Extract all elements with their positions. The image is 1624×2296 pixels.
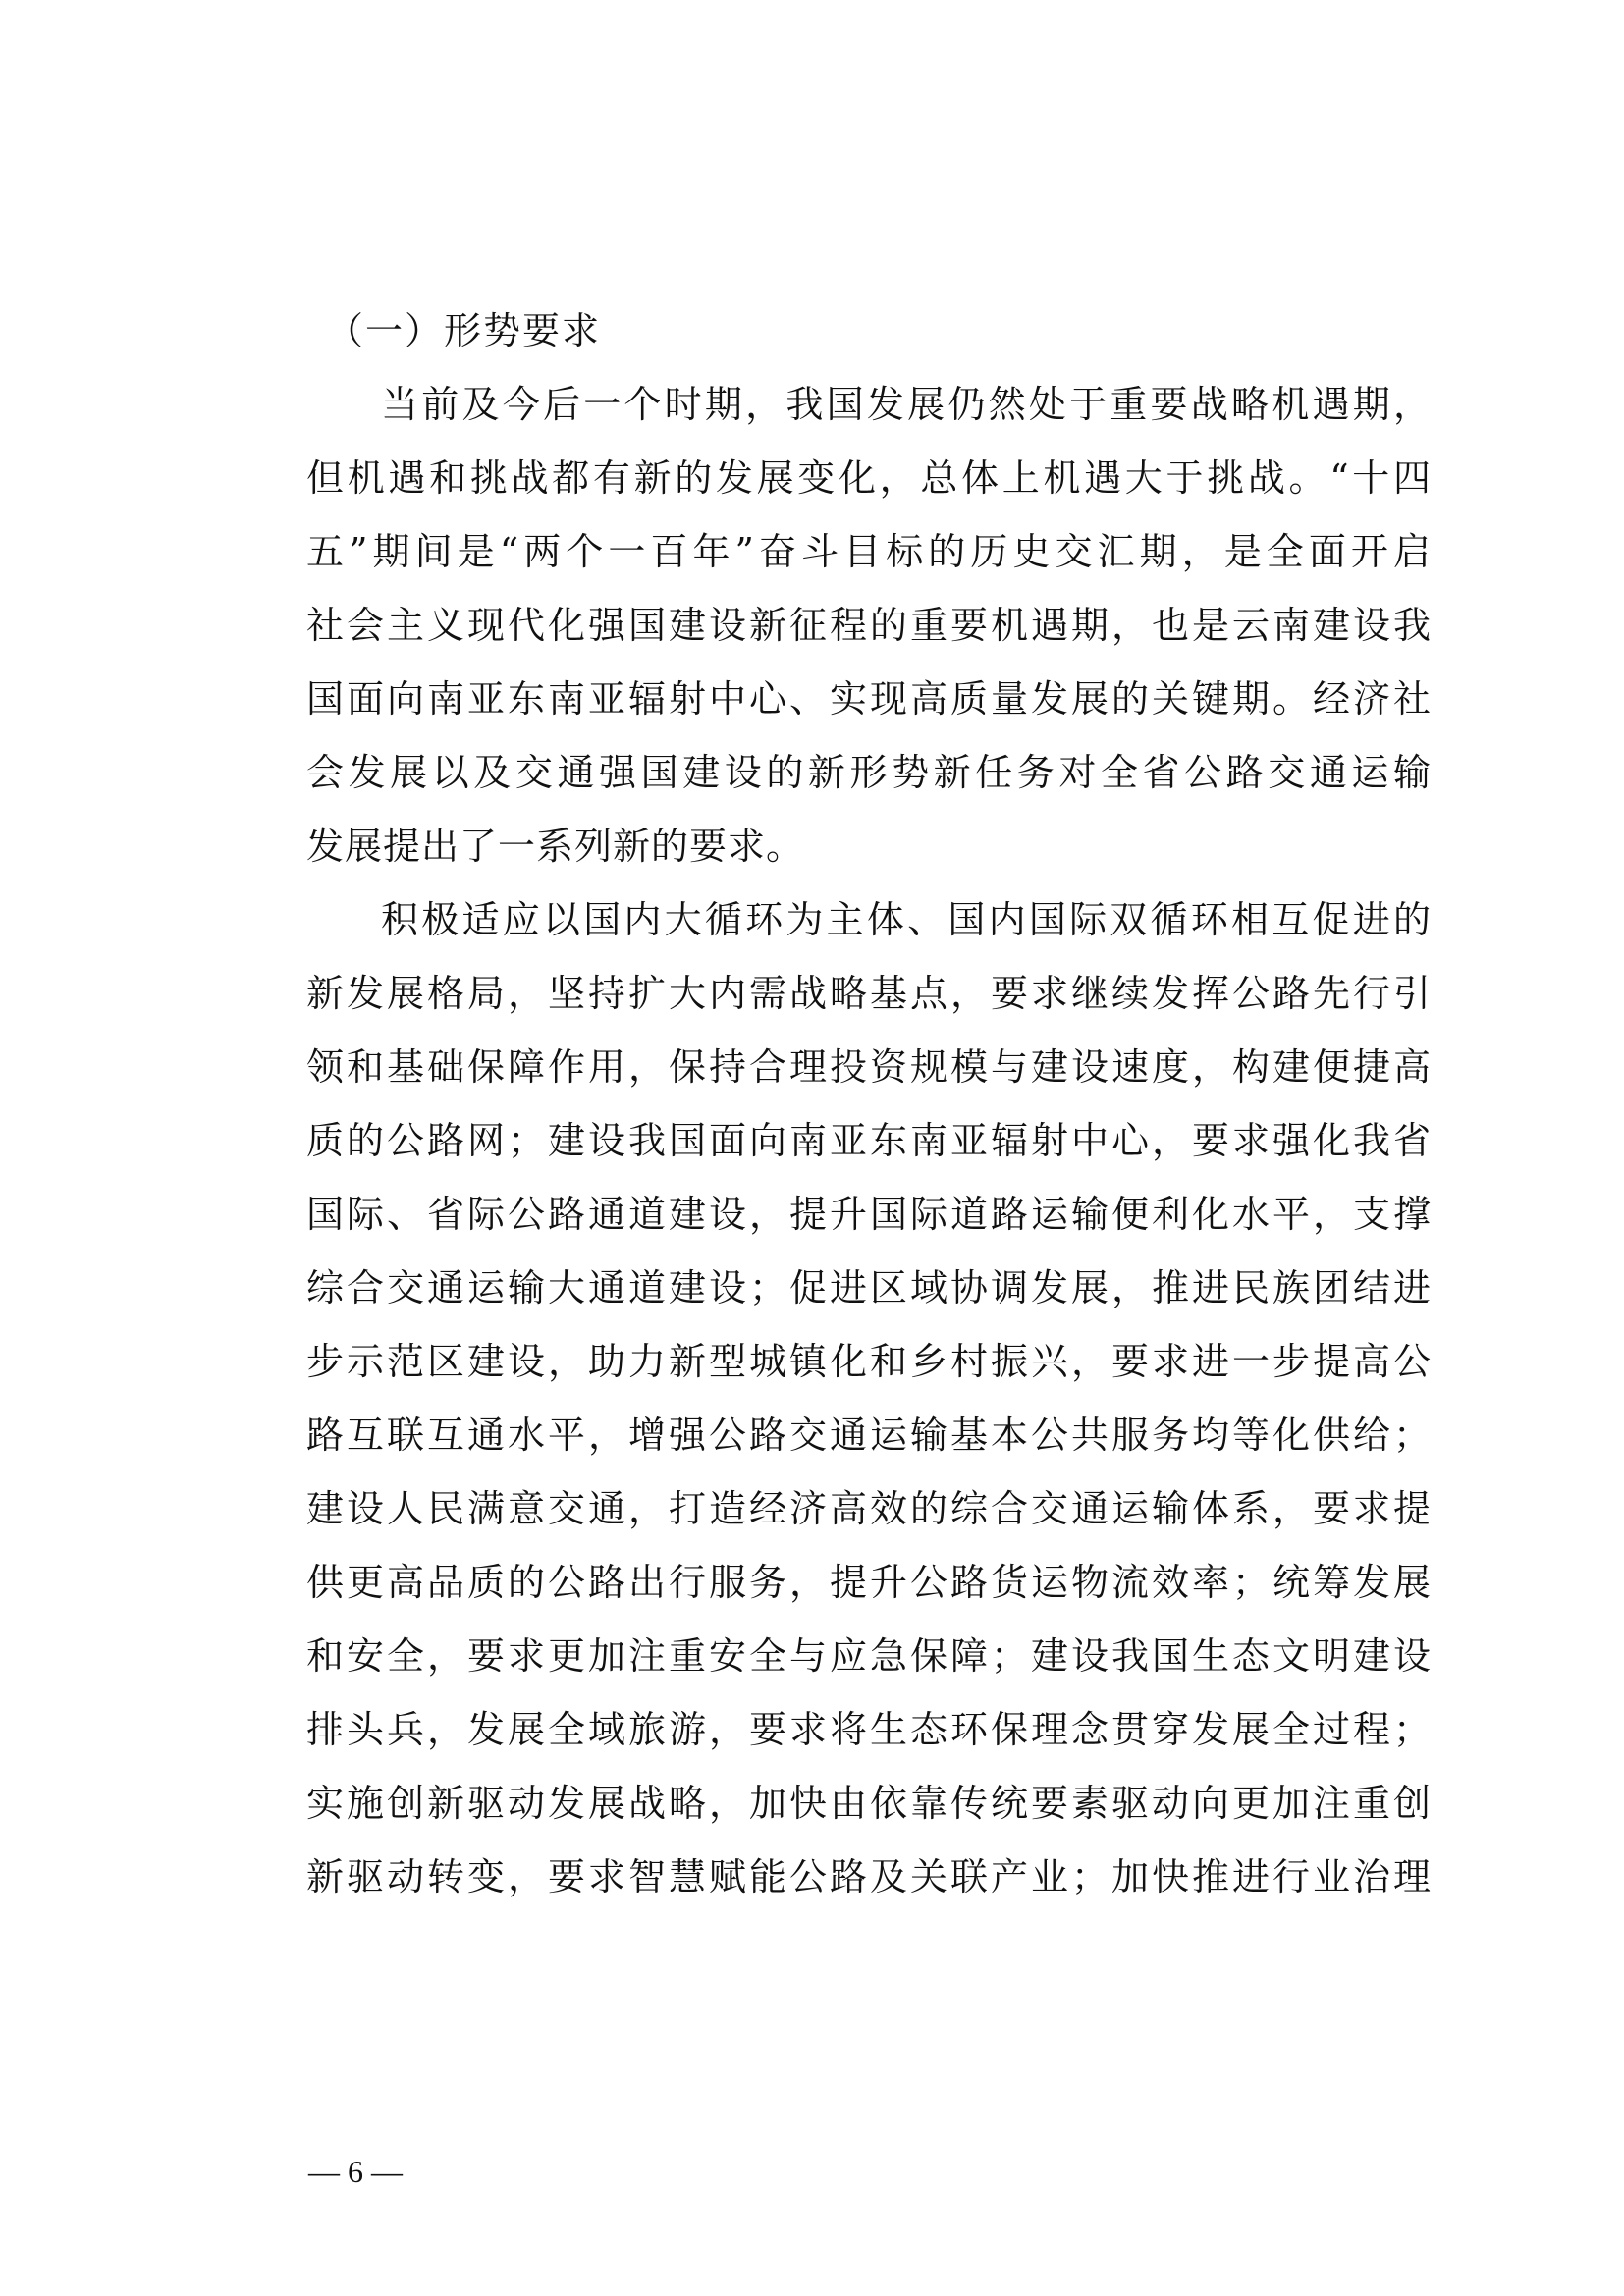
text-line: 社会主义现代化强国建设新征程的重要机遇期，也是云南建设我 bbox=[306, 589, 1432, 663]
text-line: 建设人民满意交通，打造经济高效的综合交通运输体系，要求提 bbox=[306, 1472, 1432, 1546]
text-line: 综合交通运输大通道建设；促进区域协调发展，推进民族团结进 bbox=[306, 1252, 1432, 1325]
text-line: 供更高品质的公路出行服务，提升公路货运物流效率；统筹发展 bbox=[306, 1546, 1432, 1620]
paragraph-situation: 当前及今后一个时期，我国发展仍然处于重要战略机遇期， 但机遇和挑战都有新的发展变… bbox=[306, 368, 1432, 883]
text-line: 当前及今后一个时期，我国发展仍然处于重要战略机遇期， bbox=[306, 368, 1432, 442]
text-line: 新发展格局，坚持扩大内需战略基点，要求继续发挥公路先行引 bbox=[306, 957, 1432, 1031]
text-line: 五”期间是“两个一百年”奋斗目标的历史交汇期，是全面开启 bbox=[306, 515, 1432, 589]
text-line: 领和基础保障作用，保持合理投资规模与建设速度，构建便捷高 bbox=[306, 1031, 1432, 1104]
text-line: 新驱动转变，要求智慧赋能公路及关联产业；加快推进行业治理 bbox=[306, 1841, 1432, 1914]
text-line: 排头兵，发展全域旅游，要求将生态环保理念贯穿发展全过程； bbox=[306, 1693, 1432, 1767]
text-line: 和安全，要求更加注重安全与应急保障；建设我国生态文明建设 bbox=[306, 1620, 1432, 1693]
paragraph-requirements: 积极适应以国内大循环为主体、国内国际双循环相互促进的 新发展格局，坚持扩大内需战… bbox=[306, 883, 1432, 1914]
text-line: 步示范区建设，助力新型城镇化和乡村振兴，要求进一步提高公 bbox=[306, 1325, 1432, 1399]
document-page: （一）形势要求 当前及今后一个时期，我国发展仍然处于重要战略机遇期， 但机遇和挑… bbox=[0, 0, 1624, 2296]
text-line: 积极适应以国内大循环为主体、国内国际双循环相互促进的 bbox=[306, 883, 1432, 957]
page-number: — 6 — bbox=[308, 2148, 403, 2195]
section-heading: （一）形势要求 bbox=[306, 294, 1432, 368]
text-line: 国面向南亚东南亚辐射中心、实现高质量发展的关键期。经济社 bbox=[306, 663, 1432, 736]
page-content: （一）形势要求 当前及今后一个时期，我国发展仍然处于重要战略机遇期， 但机遇和挑… bbox=[306, 294, 1432, 1914]
text-line: 但机遇和挑战都有新的发展变化，总体上机遇大于挑战。“十四 bbox=[306, 442, 1432, 515]
text-line: 质的公路网；建设我国面向南亚东南亚辐射中心，要求强化我省 bbox=[306, 1104, 1432, 1178]
text-line: 发展提出了一系列新的要求。 bbox=[306, 810, 1432, 883]
text-line: 会发展以及交通强国建设的新形势新任务对全省公路交通运输 bbox=[306, 736, 1432, 810]
text-line: 路互联互通水平，增强公路交通运输基本公共服务均等化供给； bbox=[306, 1399, 1432, 1472]
text-line: 国际、省际公路通道建设，提升国际道路运输便利化水平，支撑 bbox=[306, 1178, 1432, 1252]
text-line: 实施创新驱动发展战略，加快由依靠传统要素驱动向更加注重创 bbox=[306, 1767, 1432, 1841]
